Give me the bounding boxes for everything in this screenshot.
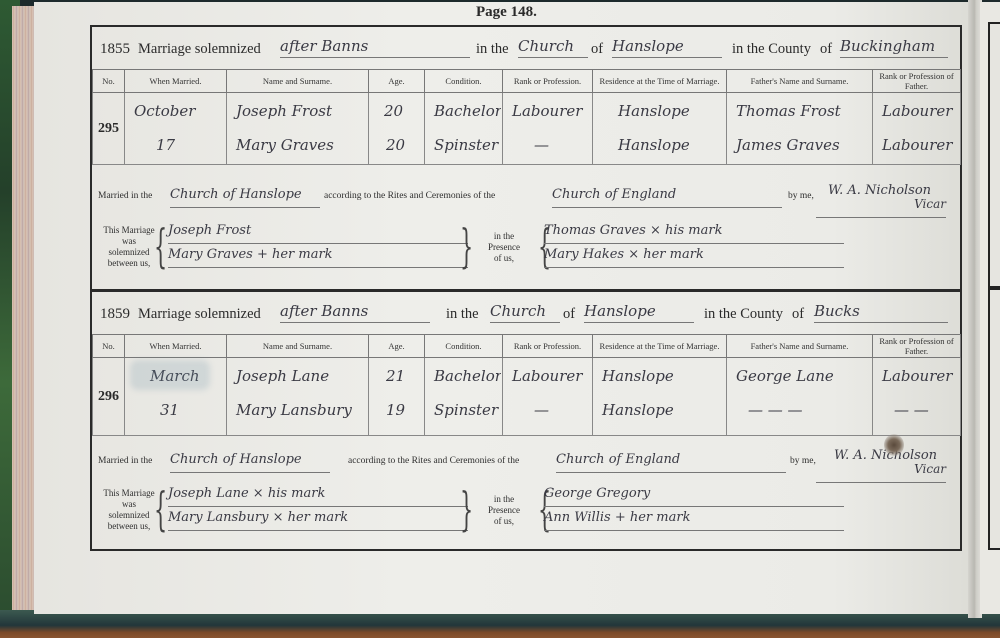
- column-header: Age.: [369, 335, 425, 358]
- bride-father-rank: — —: [874, 393, 959, 427]
- in-the-label: in the: [446, 306, 479, 323]
- fathers-professions: Labourer — —: [873, 358, 961, 436]
- label-line: in the: [474, 494, 534, 505]
- label-line: between us,: [98, 521, 160, 532]
- label-line: was: [98, 236, 160, 247]
- place-type: Church: [518, 37, 588, 58]
- label-line: Presence: [474, 242, 534, 253]
- county: Bucks: [814, 302, 948, 323]
- names: Joseph Lane Mary Lansbury: [227, 358, 369, 436]
- place-type: Church: [490, 302, 560, 323]
- bride-rank: —: [504, 393, 591, 427]
- in-the-label: in the: [476, 41, 509, 58]
- groom-name: Joseph Lane: [228, 359, 367, 393]
- column-header: Name and Surname.: [227, 70, 369, 93]
- book-cover-bottom: [0, 610, 1000, 638]
- residences: Hanslope Hanslope: [593, 358, 727, 436]
- bride-residence: Hanslope: [594, 128, 725, 162]
- record-year: 1859: [100, 306, 130, 323]
- of-label: of: [563, 306, 575, 323]
- married-in-label: Married in the: [98, 191, 152, 201]
- bride-age: 20: [370, 128, 423, 162]
- column-header: No.: [93, 335, 125, 358]
- left-brace: {: [154, 223, 167, 269]
- ages: 21 19: [369, 358, 425, 436]
- marriage-day: 17: [126, 128, 225, 162]
- rites-church: Church of England: [556, 452, 786, 473]
- bride-condition: Spinster: [426, 128, 501, 162]
- page-number: Page 148.: [476, 4, 537, 21]
- professions: Labourer —: [503, 93, 593, 165]
- fathers-professions: Labourer Labourer: [873, 93, 961, 165]
- faded-ink-smudge: [130, 360, 210, 390]
- solemnized-how: after Banns: [280, 302, 430, 323]
- marriage-month: October: [126, 94, 225, 128]
- column-header: Father's Name and Surname.: [727, 70, 873, 93]
- column-header: Condition.: [425, 335, 503, 358]
- of-label: of: [792, 306, 804, 323]
- label-line: between us,: [98, 258, 160, 269]
- facing-page-record-box: [988, 22, 1000, 288]
- bride-rank: —: [504, 128, 591, 162]
- column-headers: No. When Married. Name and Surname. Age.…: [93, 70, 961, 93]
- register-table: No. When Married. Name and Surname. Age.…: [92, 69, 961, 165]
- groom-father-rank: Labourer: [874, 94, 959, 128]
- by-me-label: by me,: [790, 456, 816, 466]
- table-row: 295 October 17 Joseph Frost Mary Graves …: [93, 93, 961, 165]
- column-header: Rank or Profession.: [503, 70, 593, 93]
- fathers: George Lane — — —: [727, 358, 873, 436]
- groom-residence: Hanslope: [594, 359, 725, 393]
- record-year: 1855: [100, 41, 130, 58]
- record-heading: 1855 Marriage solemnized after Banns in …: [98, 37, 950, 65]
- groom-signature: Joseph Frost: [168, 223, 468, 244]
- groom-residence: Hanslope: [594, 94, 725, 128]
- facing-page-record-box: [988, 288, 1000, 550]
- bride-age: 19: [370, 393, 423, 427]
- names: Joseph Frost Mary Graves: [227, 93, 369, 165]
- county-label: in the County: [732, 41, 811, 58]
- groom-father: Thomas Frost: [728, 94, 871, 128]
- county: Buckingham: [840, 37, 948, 58]
- column-header: Rank or Profession.: [503, 335, 593, 358]
- witness-signature: George Gregory: [544, 486, 844, 507]
- fathers: Thomas Frost James Graves: [727, 93, 873, 165]
- bride-father: — — —: [728, 393, 871, 427]
- signatures: This Marriage was solemnized between us,…: [98, 486, 950, 542]
- married-in-line: Married in the Church of Hanslope accord…: [98, 187, 950, 211]
- marriage-record-296: 1859 Marriage solemnized after Banns in …: [90, 290, 962, 551]
- witness-signature: Thomas Graves × his mark: [544, 223, 844, 244]
- married-in-place: Church of Hanslope: [170, 452, 330, 473]
- label-line: Presence: [474, 505, 534, 516]
- register-table: No. When Married. Name and Surname. Age.…: [92, 334, 961, 436]
- right-brace: }: [460, 223, 473, 269]
- label-line: of us,: [474, 253, 534, 264]
- column-header: Age.: [369, 70, 425, 93]
- ink-blot: [884, 434, 904, 456]
- rites-label: according to the Rites and Ceremonies of…: [324, 191, 495, 201]
- officiant-signature: W. A. Nicholson: [828, 183, 931, 198]
- label-line: of us,: [474, 516, 534, 527]
- married-in-line: Married in the Church of Hanslope accord…: [98, 452, 950, 476]
- rites-church: Church of England: [552, 187, 782, 208]
- groom-rank: Labourer: [504, 94, 591, 128]
- label-line: was: [98, 499, 160, 510]
- bride-father-rank: Labourer: [874, 128, 959, 162]
- column-header: Condition.: [425, 70, 503, 93]
- right-brace: }: [460, 486, 473, 532]
- bride-father: James Graves: [728, 128, 871, 162]
- rites-label: according to the Rites and Ceremonies of…: [348, 456, 519, 466]
- column-header: When Married.: [125, 70, 227, 93]
- officiant-title: Vicar: [816, 197, 946, 218]
- entry-number: 295: [93, 93, 125, 165]
- marriage-record-295: 1855 Marriage solemnized after Banns in …: [90, 25, 962, 291]
- signatures: This Marriage was solemnized between us,…: [98, 223, 950, 279]
- label-line: This Marriage: [98, 225, 160, 236]
- solemnized-how: after Banns: [280, 37, 470, 58]
- column-header: Rank or Profession of Father.: [873, 70, 961, 93]
- bride-signature: Mary Graves + her mark: [168, 247, 468, 268]
- parties-label: This Marriage was solemnized between us,: [98, 225, 160, 269]
- groom-age: 21: [370, 359, 423, 393]
- groom-signature: Joseph Lane × his mark: [168, 486, 468, 507]
- parish: Hanslope: [612, 37, 722, 58]
- label-line: solemnized: [98, 247, 160, 258]
- groom-condition: Bachelor: [426, 359, 501, 393]
- conditions: Bachelor Spinster: [425, 358, 503, 436]
- parties-label: This Marriage was solemnized between us,: [98, 488, 160, 532]
- of-label: of: [820, 41, 832, 58]
- groom-father-rank: Labourer: [874, 359, 959, 393]
- bride-name: Mary Lansbury: [228, 393, 367, 427]
- solemnized-label: Marriage solemnized: [138, 41, 261, 58]
- conditions: Bachelor Spinster: [425, 93, 503, 165]
- bride-residence: Hanslope: [594, 393, 725, 427]
- witness-signature: Mary Hakes × her mark: [544, 247, 844, 268]
- solemnized-label: Marriage solemnized: [138, 306, 261, 323]
- bride-name: Mary Graves: [228, 128, 367, 162]
- left-brace: {: [154, 486, 167, 532]
- label-line: This Marriage: [98, 488, 160, 499]
- groom-age: 20: [370, 94, 423, 128]
- marriage-day: 31: [126, 393, 225, 427]
- label-line: in the: [474, 231, 534, 242]
- entry-number: 296: [93, 358, 125, 436]
- record-heading: 1859 Marriage solemnized after Banns in …: [98, 302, 950, 330]
- column-header: When Married.: [125, 335, 227, 358]
- groom-condition: Bachelor: [426, 94, 501, 128]
- groom-rank: Labourer: [504, 359, 591, 393]
- bride-signature: Mary Lansbury × her mark: [168, 510, 468, 531]
- residences: Hanslope Hanslope: [593, 93, 727, 165]
- presence-label: in the Presence of us,: [474, 494, 534, 527]
- married-in-label: Married in the: [98, 456, 152, 466]
- label-line: solemnized: [98, 510, 160, 521]
- column-headers: No. When Married. Name and Surname. Age.…: [93, 335, 961, 358]
- officiant-title: Vicar: [816, 462, 946, 483]
- column-header: Rank or Profession of Father.: [873, 335, 961, 358]
- groom-father: George Lane: [728, 359, 871, 393]
- table-row: 296 March 31 Joseph Lane Mary Lansbury 2…: [93, 358, 961, 436]
- witness-signature: Ann Willis + her mark: [544, 510, 844, 531]
- column-header: Residence at the Time of Marriage.: [593, 70, 727, 93]
- column-header: Father's Name and Surname.: [727, 335, 873, 358]
- professions: Labourer —: [503, 358, 593, 436]
- presence-label: in the Presence of us,: [474, 231, 534, 264]
- column-header: Residence at the Time of Marriage.: [593, 335, 727, 358]
- county-label: in the County: [704, 306, 783, 323]
- when-married: October 17: [125, 93, 227, 165]
- groom-name: Joseph Frost: [228, 94, 367, 128]
- by-me-label: by me,: [788, 191, 814, 201]
- column-header: Name and Surname.: [227, 335, 369, 358]
- bride-condition: Spinster: [426, 393, 501, 427]
- married-in-place: Church of Hanslope: [170, 187, 320, 208]
- column-header: No.: [93, 70, 125, 93]
- parish: Hanslope: [584, 302, 694, 323]
- ages: 20 20: [369, 93, 425, 165]
- of-label: of: [591, 41, 603, 58]
